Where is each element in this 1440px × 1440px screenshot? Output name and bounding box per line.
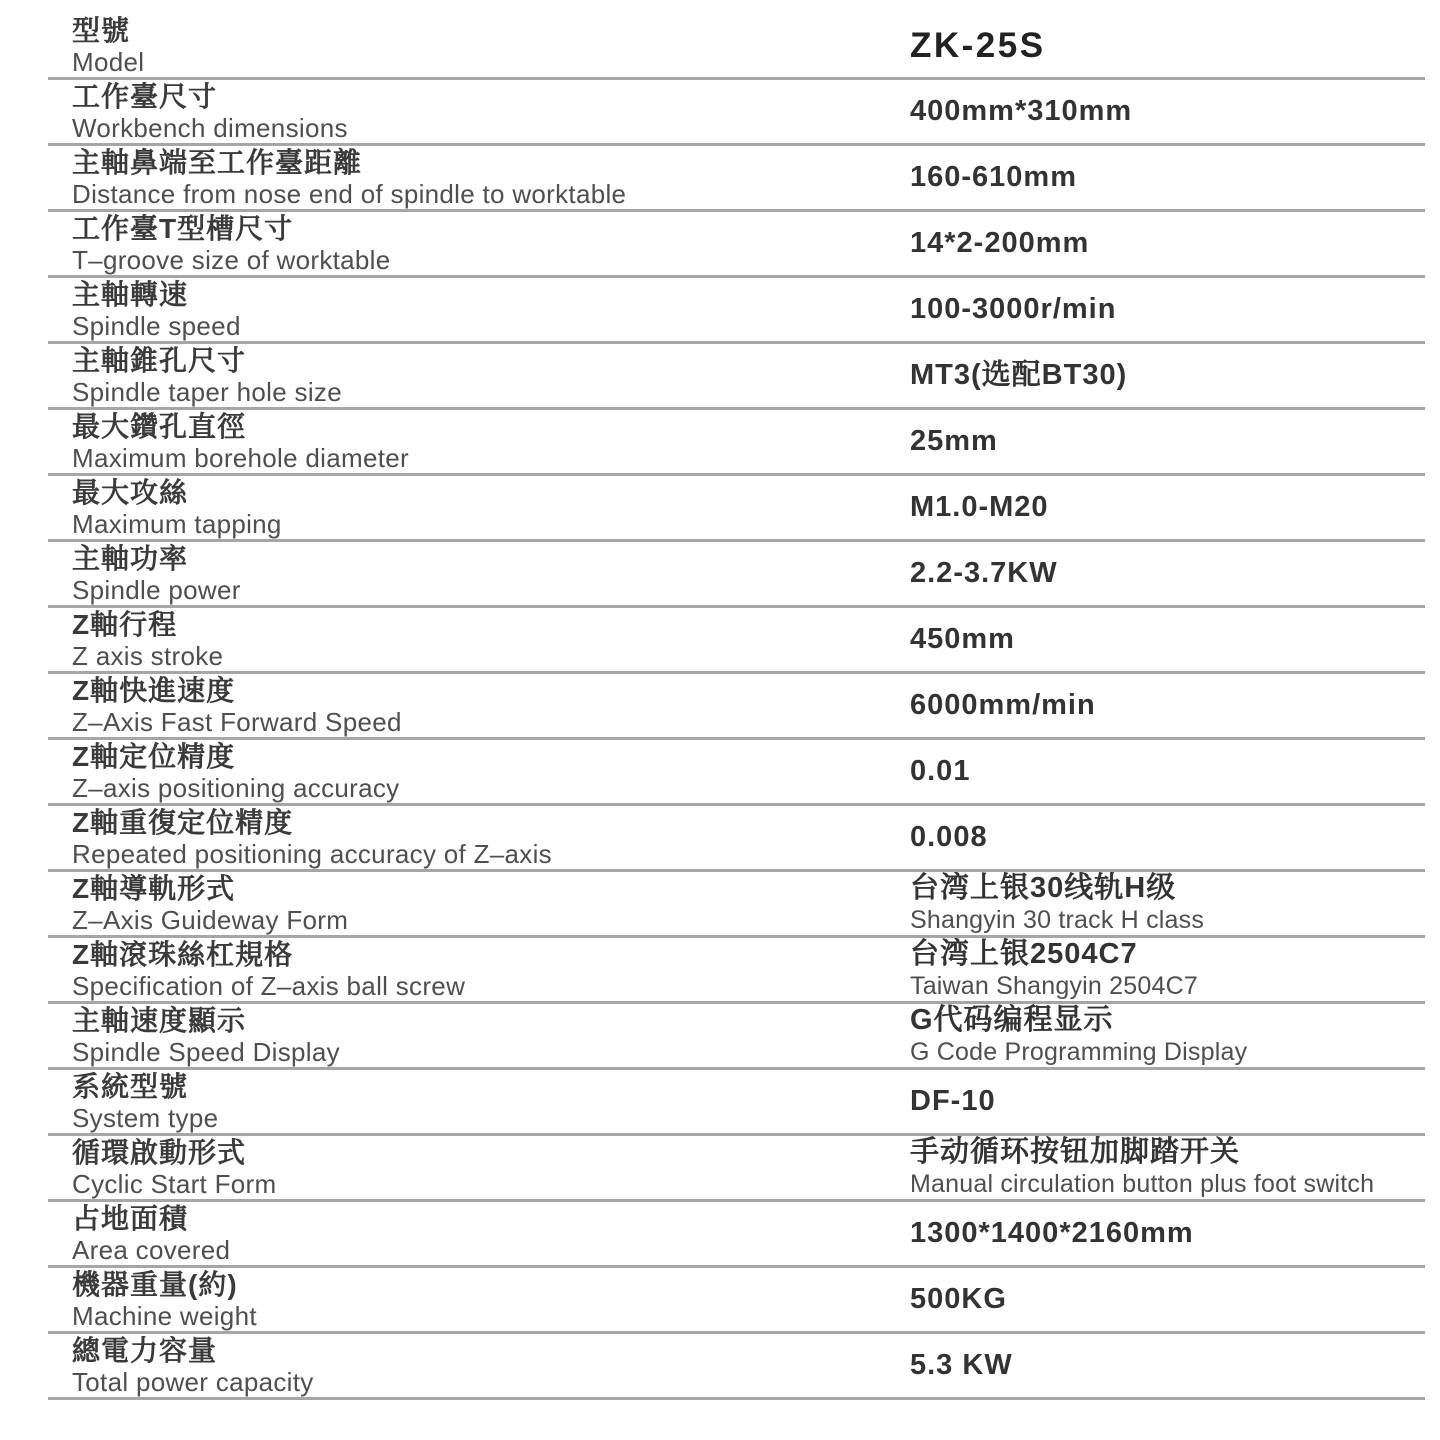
spec-value: G代码编程显示 [910, 1004, 1425, 1037]
table-row: 工作臺T型槽尺寸 T–groove size of worktable 14*2… [48, 212, 1425, 278]
spec-value-cell: 2.2-3.7KW [910, 542, 1425, 605]
spec-label-cell: 主軸功率 Spindle power [48, 542, 910, 605]
spec-label-en: Cyclic Start Form [72, 1169, 910, 1199]
spec-label-zh: Z軸快進速度 [72, 674, 910, 707]
spec-value: 100-3000r/min [910, 293, 1425, 326]
spec-value: 25mm [910, 425, 1425, 458]
spec-value-cell: 1300*1400*2160mm [910, 1202, 1425, 1265]
spec-label-en: Spindle Speed Display [72, 1037, 910, 1067]
spec-value: 0.008 [910, 821, 1425, 854]
spec-value-cell: 6000mm/min [910, 674, 1425, 737]
spec-label-en: Area covered [72, 1235, 910, 1265]
table-row: Z軸定位精度 Z–axis positioning accuracy 0.01 [48, 740, 1425, 806]
spec-label-en: Spindle power [72, 575, 910, 605]
spec-value-en: Manual circulation button plus foot swit… [910, 1169, 1425, 1199]
spec-value-cell: 14*2-200mm [910, 212, 1425, 275]
spec-value: MT3(选配BT30) [910, 359, 1425, 392]
spec-value: 手动循环按钮加脚踏开关 [910, 1136, 1425, 1169]
table-row: Z軸滾珠絲杠規格 Specification of Z–axis ball sc… [48, 938, 1425, 1004]
spec-value-en: Shangyin 30 track H class [910, 905, 1425, 935]
spec-label-en: Z–Axis Fast Forward Speed [72, 707, 910, 737]
spec-label-zh: Z軸滾珠絲杠規格 [72, 938, 910, 971]
table-row: Z軸重復定位精度 Repeated positioning accuracy o… [48, 806, 1425, 872]
spec-value-cell: 25mm [910, 410, 1425, 473]
spec-label-cell: 主軸轉速 Spindle speed [48, 278, 910, 341]
table-row: 最大攻絲 Maximum tapping M1.0-M20 [48, 476, 1425, 542]
spec-label-zh: 總電力容量 [72, 1334, 910, 1367]
spec-label-en: Specification of Z–axis ball screw [72, 971, 910, 1001]
spec-label-zh: 循環啟動形式 [72, 1136, 910, 1169]
table-row: Z軸導軌形式 Z–Axis Guideway Form 台湾上银30线轨H级 S… [48, 872, 1425, 938]
spec-value-cell: G代码编程显示 G Code Programming Display [910, 1004, 1425, 1067]
spec-label-en: Spindle speed [72, 311, 910, 341]
table-row: 主軸速度顯示 Spindle Speed Display G代码编程显示 G C… [48, 1004, 1425, 1070]
spec-label-cell: 總電力容量 Total power capacity [48, 1334, 910, 1397]
spec-label-cell: Z軸滾珠絲杠規格 Specification of Z–axis ball sc… [48, 938, 910, 1001]
table-row: 主軸鼻端至工作臺距離 Distance from nose end of spi… [48, 146, 1425, 212]
spec-label-cell: 工作臺尺寸 Workbench dimensions [48, 80, 910, 143]
table-row: 最大鑽孔直徑 Maximum borehole diameter 25mm [48, 410, 1425, 476]
table-row: 主軸功率 Spindle power 2.2-3.7KW [48, 542, 1425, 608]
spec-label-zh: 主軸功率 [72, 542, 910, 575]
spec-value-cell: 5.3 KW [910, 1334, 1425, 1397]
spec-value: 台湾上银30线轨H级 [910, 872, 1425, 905]
spec-label-en: Z–axis positioning accuracy [72, 773, 910, 803]
spec-value: 台湾上银2504C7 [910, 938, 1425, 971]
spec-label-en: System type [72, 1103, 910, 1133]
spec-value: 6000mm/min [910, 689, 1425, 722]
spec-value: ZK-25S [910, 29, 1425, 62]
spec-label-en: T–groove size of worktable [72, 245, 910, 275]
spec-value: 2.2-3.7KW [910, 557, 1425, 590]
table-row: 機器重量(約) Machine weight 500KG [48, 1268, 1425, 1334]
table-row: 總電力容量 Total power capacity 5.3 KW [48, 1334, 1425, 1400]
spec-label-zh: 主軸鼻端至工作臺距離 [72, 146, 910, 179]
spec-value: 400mm*310mm [910, 95, 1425, 128]
spec-label-cell: 主軸錐孔尺寸 Spindle taper hole size [48, 344, 910, 407]
table-row: Z軸快進速度 Z–Axis Fast Forward Speed 6000mm/… [48, 674, 1425, 740]
table-row: 主軸轉速 Spindle speed 100-3000r/min [48, 278, 1425, 344]
spec-label-cell: 工作臺T型槽尺寸 T–groove size of worktable [48, 212, 910, 275]
spec-label-en: Maximum tapping [72, 509, 910, 539]
spec-label-cell: 主軸鼻端至工作臺距離 Distance from nose end of spi… [48, 146, 910, 209]
spec-value-cell: MT3(选配BT30) [910, 344, 1425, 407]
spec-label-en: Repeated positioning accuracy of Z–axis [72, 839, 910, 869]
spec-label-zh: Z軸重復定位精度 [72, 806, 910, 839]
spec-value: 5.3 KW [910, 1349, 1425, 1382]
spec-label-zh: 主軸轉速 [72, 278, 910, 311]
spec-sheet-page: 型號 Model ZK-25S 工作臺尺寸 Workbench dimensio… [0, 0, 1440, 1440]
spec-label-en: Workbench dimensions [72, 113, 910, 143]
spec-value-cell: 100-3000r/min [910, 278, 1425, 341]
spec-label-en: Total power capacity [72, 1367, 910, 1397]
spec-value-cell: 台湾上银30线轨H级 Shangyin 30 track H class [910, 872, 1425, 935]
spec-label-cell: Z軸導軌形式 Z–Axis Guideway Form [48, 872, 910, 935]
spec-label-cell: Z軸定位精度 Z–axis positioning accuracy [48, 740, 910, 803]
spec-label-cell: 循環啟動形式 Cyclic Start Form [48, 1136, 910, 1199]
spec-label-zh: 最大鑽孔直徑 [72, 410, 910, 443]
spec-value-cell: DF-10 [910, 1070, 1425, 1133]
spec-label-cell: 型號 Model [48, 14, 910, 77]
spec-value: 500KG [910, 1283, 1425, 1316]
spec-label-zh: 最大攻絲 [72, 476, 910, 509]
spec-label-cell: 機器重量(約) Machine weight [48, 1268, 910, 1331]
spec-value: DF-10 [910, 1085, 1425, 1118]
spec-label-zh: 主軸錐孔尺寸 [72, 344, 910, 377]
table-row: 系統型號 System type DF-10 [48, 1070, 1425, 1136]
spec-label-zh: Z軸導軌形式 [72, 872, 910, 905]
spec-value-cell: 0.008 [910, 806, 1425, 869]
spec-value: M1.0-M20 [910, 491, 1425, 524]
spec-value-cell: 450mm [910, 608, 1425, 671]
spec-label-zh: 機器重量(約) [72, 1268, 910, 1301]
table-row: 工作臺尺寸 Workbench dimensions 400mm*310mm [48, 80, 1425, 146]
table-row: Z軸行程 Z axis stroke 450mm [48, 608, 1425, 674]
spec-label-cell: 最大攻絲 Maximum tapping [48, 476, 910, 539]
spec-value-en: Taiwan Shangyin 2504C7 [910, 971, 1425, 1001]
table-row: 主軸錐孔尺寸 Spindle taper hole size MT3(选配BT3… [48, 344, 1425, 410]
spec-label-cell: 系統型號 System type [48, 1070, 910, 1133]
spec-label-zh: 主軸速度顯示 [72, 1004, 910, 1037]
spec-value: 450mm [910, 623, 1425, 656]
spec-value-cell: 400mm*310mm [910, 80, 1425, 143]
spec-table: 型號 Model ZK-25S 工作臺尺寸 Workbench dimensio… [48, 14, 1425, 1400]
spec-value-cell: 0.01 [910, 740, 1425, 803]
spec-value-cell: 500KG [910, 1268, 1425, 1331]
spec-label-cell: Z軸行程 Z axis stroke [48, 608, 910, 671]
spec-label-zh: Z軸定位精度 [72, 740, 910, 773]
table-row: 型號 Model ZK-25S [48, 14, 1425, 80]
spec-value-en: G Code Programming Display [910, 1037, 1425, 1067]
spec-value-cell: ZK-25S [910, 14, 1425, 77]
spec-label-cell: 主軸速度顯示 Spindle Speed Display [48, 1004, 910, 1067]
spec-value-cell: 台湾上银2504C7 Taiwan Shangyin 2504C7 [910, 938, 1425, 1001]
spec-label-cell: Z軸重復定位精度 Repeated positioning accuracy o… [48, 806, 910, 869]
spec-label-cell: Z軸快進速度 Z–Axis Fast Forward Speed [48, 674, 910, 737]
spec-label-zh: 工作臺T型槽尺寸 [72, 212, 910, 245]
spec-value-cell: M1.0-M20 [910, 476, 1425, 539]
spec-label-en: Model [72, 47, 910, 77]
spec-value-cell: 160-610mm [910, 146, 1425, 209]
spec-label-en: Z–Axis Guideway Form [72, 905, 910, 935]
table-row: 占地面積 Area covered 1300*1400*2160mm [48, 1202, 1425, 1268]
spec-value-cell: 手动循环按钮加脚踏开关 Manual circulation button pl… [910, 1136, 1425, 1199]
spec-label-en: Spindle taper hole size [72, 377, 910, 407]
spec-label-en: Z axis stroke [72, 641, 910, 671]
spec-value: 160-610mm [910, 161, 1425, 194]
spec-value: 14*2-200mm [910, 227, 1425, 260]
spec-label-zh: 工作臺尺寸 [72, 80, 910, 113]
spec-value: 1300*1400*2160mm [910, 1217, 1425, 1250]
spec-label-zh: 系統型號 [72, 1070, 910, 1103]
spec-value: 0.01 [910, 755, 1425, 788]
spec-label-zh: Z軸行程 [72, 608, 910, 641]
spec-label-zh: 占地面積 [72, 1202, 910, 1235]
spec-label-en: Maximum borehole diameter [72, 443, 910, 473]
spec-label-cell: 占地面積 Area covered [48, 1202, 910, 1265]
spec-label-cell: 最大鑽孔直徑 Maximum borehole diameter [48, 410, 910, 473]
spec-label-en: Distance from nose end of spindle to wor… [72, 179, 910, 209]
spec-label-en: Machine weight [72, 1301, 910, 1331]
table-row: 循環啟動形式 Cyclic Start Form 手动循环按钮加脚踏开关 Man… [48, 1136, 1425, 1202]
spec-label-zh: 型號 [72, 14, 910, 47]
